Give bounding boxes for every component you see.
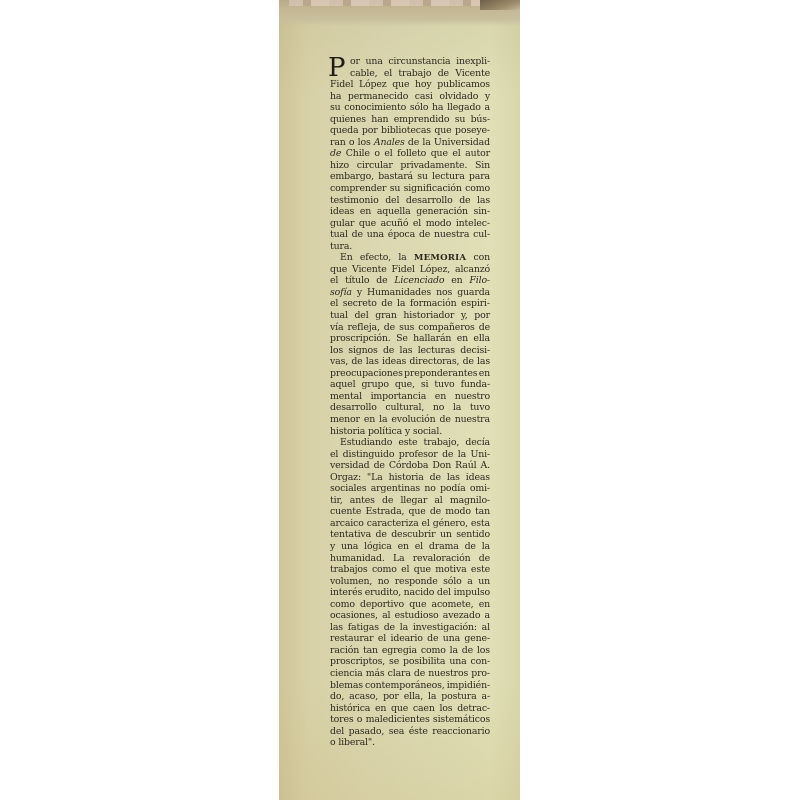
text-line: menorenlaevolucióndenuestra bbox=[330, 414, 490, 426]
text-line: quieneshanemprendidosubús- bbox=[330, 114, 490, 126]
text-line: tura. bbox=[330, 241, 490, 253]
text-line: socialesargentinasnopodíaomi- bbox=[330, 483, 490, 495]
text-line: eldistinguidoprofesordelaUni- bbox=[330, 449, 490, 461]
text-line: restaurarelideariodeunagene- bbox=[330, 633, 490, 645]
text-line: blemascontemporáneos,impidién- bbox=[330, 680, 490, 692]
text-line: interéserudito,nacidodelimpulso bbox=[330, 587, 490, 599]
text-line: desarrollocultural,nolatuvo bbox=[330, 402, 490, 414]
text-line: proscripción.Sehallaránenella bbox=[330, 333, 490, 345]
text-line: cuenteEstrada,quedemodotan bbox=[330, 506, 490, 518]
text-line: comodeportivoqueacomete,en bbox=[330, 599, 490, 611]
text-line: hapermanecidocasiolvidadoy bbox=[330, 91, 490, 103]
text-line: racióntanegregiacomoladelos bbox=[330, 645, 490, 657]
text-line: lossignosdelaslecturasdecisi- bbox=[330, 345, 490, 357]
text-line: yunalógicaeneldramadela bbox=[330, 541, 490, 553]
text-line: trabajoscomoelquemotivaeste bbox=[330, 564, 490, 576]
text-line: lasfatigasdelainvestigación:al bbox=[330, 622, 490, 634]
paragraph-1: orunacircunstanciainexpli-cable,eltrabaj… bbox=[330, 56, 490, 252]
text-line: elsecretodelaformaciónespiri- bbox=[330, 298, 490, 310]
text-line: volumen,norespondesóloaun bbox=[330, 576, 490, 588]
drop-cap: P bbox=[328, 56, 345, 80]
text-line: tentativadedescubrirunsentido bbox=[330, 529, 490, 541]
text-line: delpasado,seaéstereaccionario bbox=[330, 726, 490, 738]
torn-top-edge bbox=[279, 0, 520, 26]
text-line: deChileoelfolletoqueelautor bbox=[330, 148, 490, 160]
text-line: ranolosAnalesdelaUniversidad bbox=[330, 137, 490, 149]
text-line: versidaddeCórdobaDonRaúlA. bbox=[330, 460, 490, 472]
text-line: cienciamásclaradenuestrospro- bbox=[330, 668, 490, 680]
text-line: gularqueacuñóelmodointelec- bbox=[330, 218, 490, 230]
text-line: quedaporbibliotecasqueposeye- bbox=[330, 125, 490, 137]
text-line: vas,delasideasdirectoras,delas bbox=[330, 356, 490, 368]
text-line: toresomaledicientessistemáticos bbox=[330, 714, 490, 726]
text-line: do,acaso,porella,laposturaa- bbox=[330, 691, 490, 703]
text-line: Orgaz:"Lahistoriadelasideas bbox=[330, 472, 490, 484]
text-line: comprendersusignificacióncomo bbox=[330, 183, 490, 195]
text-line: arcaicocaracterizaelgénero,esta bbox=[330, 518, 490, 530]
text-line: eltítulodeLicenciadoenFilo- bbox=[330, 275, 490, 287]
text-line: cable,eltrabajodeVicente bbox=[330, 68, 490, 80]
text-line: Enefecto,laMEMORIAcon bbox=[330, 252, 490, 264]
text-line: mentalimportanciaennuestro bbox=[330, 391, 490, 403]
text-line: hizocircularprivadamente.Sin bbox=[330, 160, 490, 172]
text-line: aquelgrupoque,situvofunda- bbox=[330, 379, 490, 391]
text-line: Estudiandoestetrabajo,decía bbox=[330, 437, 490, 449]
text-line: suconocimientosólohallegadoa bbox=[330, 102, 490, 114]
paragraph-3: Estudiandoestetrabajo,decíaeldistinguido… bbox=[330, 437, 490, 749]
text-line: ocasiones,alestudiosoavezadoa bbox=[330, 610, 490, 622]
text-line: humanidad.Larevaloraciónde bbox=[330, 553, 490, 565]
text-line: testimoniodeldesarrollodelas bbox=[330, 195, 490, 207]
text-line: víarefleja,desuscompañerosde bbox=[330, 322, 490, 334]
text-line: proscriptos,seposibilitaunacon- bbox=[330, 656, 490, 668]
text-line: queVicenteFidelLópez,alcanzó bbox=[330, 264, 490, 276]
text-line: orunacircunstanciainexpli- bbox=[330, 56, 490, 68]
text-line: historia política y social. bbox=[330, 426, 490, 438]
text-line: FidelLópezquehoypublicamos bbox=[330, 79, 490, 91]
text-line: ideasenaquellageneraciónsin- bbox=[330, 206, 490, 218]
flap-text-column: P orunacircunstanciainexpli-cable,eltrab… bbox=[330, 56, 490, 749]
paragraph-2: Enefecto,laMEMORIAconqueVicenteFidelLópe… bbox=[330, 252, 490, 437]
text-line: tualdelgranhistoriadory,por bbox=[330, 310, 490, 322]
text-line: embargo,bastarásulecturapara bbox=[330, 171, 490, 183]
text-line: preocupacionespreponderantesen bbox=[330, 368, 490, 380]
text-line: o liberal". bbox=[330, 737, 490, 749]
text-line: históricaenquecaenlosdetrac- bbox=[330, 703, 490, 715]
text-line: sofíayHumanidadesnosguarda bbox=[330, 287, 490, 299]
text-line: tualdeunaépocadenuestracul- bbox=[330, 229, 490, 241]
text-line: tir,antesdellegaralmagnilo- bbox=[330, 495, 490, 507]
